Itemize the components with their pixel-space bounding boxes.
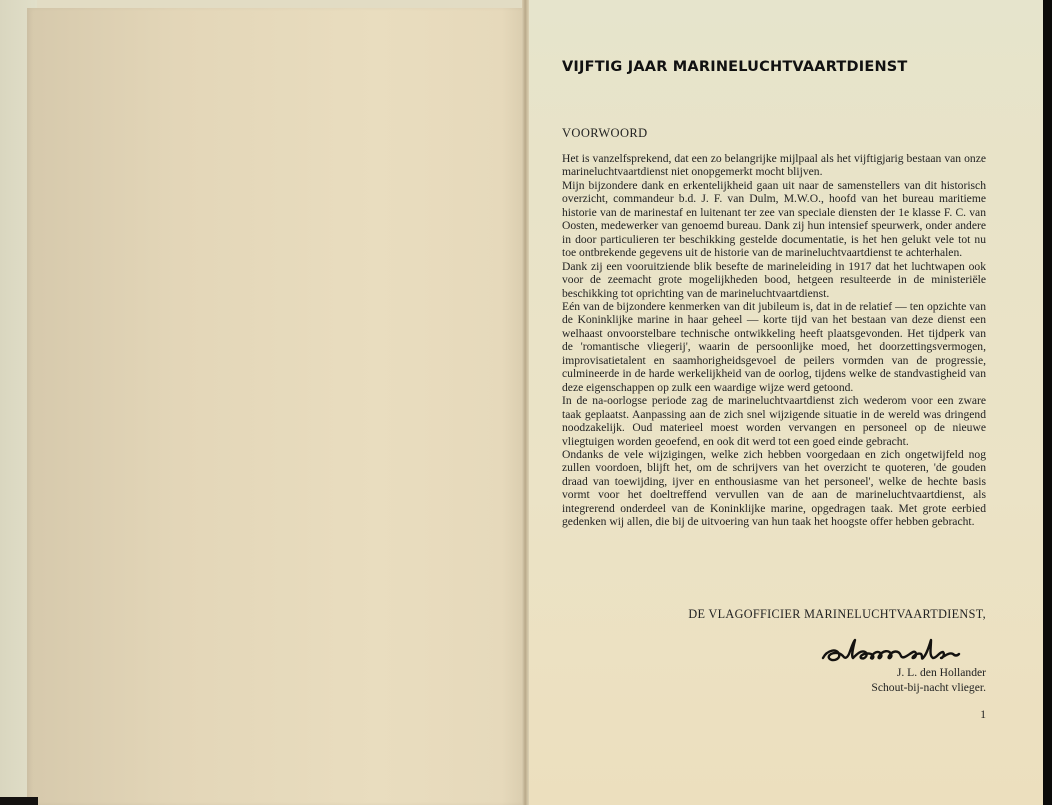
paragraph: Het is vanzelfsprekend, dat een zo belan… — [562, 152, 986, 179]
signatory-name: J. L. den Hollander — [897, 666, 986, 679]
left-page-blank — [27, 8, 527, 805]
page-number: 1 — [980, 709, 986, 721]
closing-line: DE VLAGOFFICIER MARINELUCHTVAARTDIENST, — [688, 607, 986, 622]
foreword-body: Het is vanzelfsprekend, dat een zo belan… — [562, 152, 986, 529]
section-heading: VOORWOORD — [562, 126, 648, 141]
background-corner — [0, 797, 38, 805]
paragraph: Dank zij een vooruitziende blik besefte … — [562, 260, 986, 300]
paragraph: Mijn bijzondere dank en erkentelijkheid … — [562, 179, 986, 260]
signatory-rank: Schout-bij-nacht vlieger. — [871, 681, 986, 694]
page-title: VIJFTIG JAAR MARINELUCHTVAARTDIENST — [562, 59, 908, 75]
paragraph: Eén van de bijzondere kenmerken van dit … — [562, 300, 986, 394]
handwritten-signature-icon — [817, 632, 967, 668]
background-edge — [1043, 0, 1052, 805]
paragraph: Ondanks de vele wijzigingen, welke zich … — [562, 448, 986, 529]
paragraph: In de na-oorlogse periode zag de marinel… — [562, 394, 986, 448]
